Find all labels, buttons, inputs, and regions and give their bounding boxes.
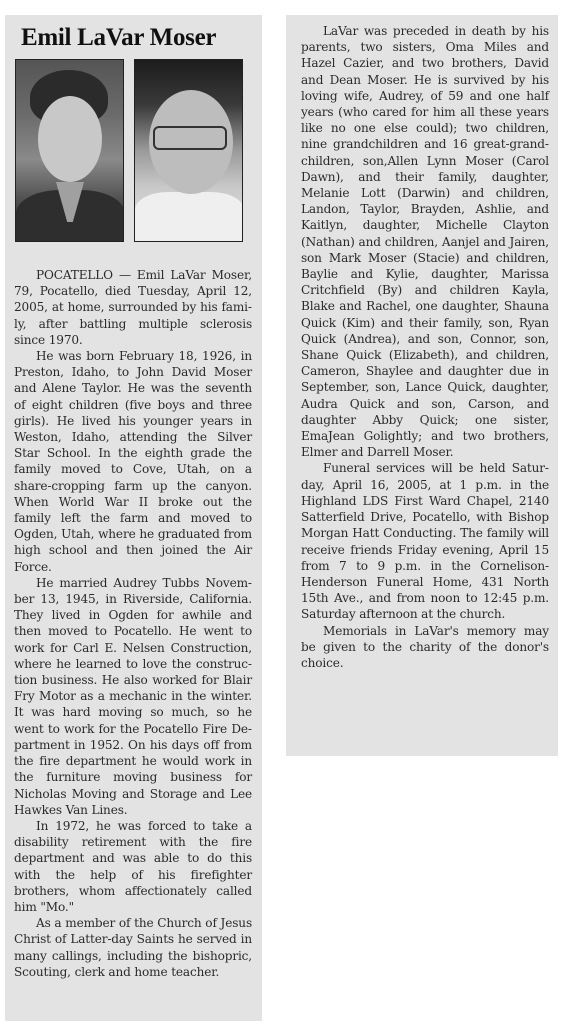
elderly-portrait-photo: [134, 59, 243, 242]
paragraph: As a member of the Church of Jesus Chris…: [14, 915, 252, 980]
paragraph: Funeral services will be held Satur­day,…: [301, 460, 549, 622]
paragraph: LaVar was preceded in death by his paren…: [301, 23, 549, 460]
shirt-shape: [135, 192, 243, 242]
paragraph: In 1972, he was forced to take a dis­abi…: [14, 818, 252, 915]
young-portrait-photo: [15, 59, 124, 242]
paragraph: He was born February 18, 1926, in Presto…: [14, 348, 252, 575]
paragraph: Memorials in LaVar's memory may be given…: [301, 623, 549, 672]
paragraph: He married Audrey Tubbs Novem­ber 13, 19…: [14, 575, 252, 818]
right-column-text: LaVar was preceded in death by his paren…: [301, 23, 549, 671]
left-column-text: POCATELLO — Emil LaVar Moser, 79, Pocate…: [14, 267, 252, 980]
obituary-left-column: Emil LaVar Moser POCATELLO — Emil LaVar …: [5, 15, 262, 1021]
obituary-right-column: LaVar was preceded in death by his paren…: [286, 15, 558, 756]
obituary-title: Emil LaVar Moser: [21, 23, 252, 53]
face-shape: [38, 96, 102, 182]
photo-row: [15, 59, 252, 243]
glasses-icon: [153, 126, 227, 150]
paragraph: POCATELLO — Emil LaVar Moser, 79, Pocate…: [14, 267, 252, 348]
